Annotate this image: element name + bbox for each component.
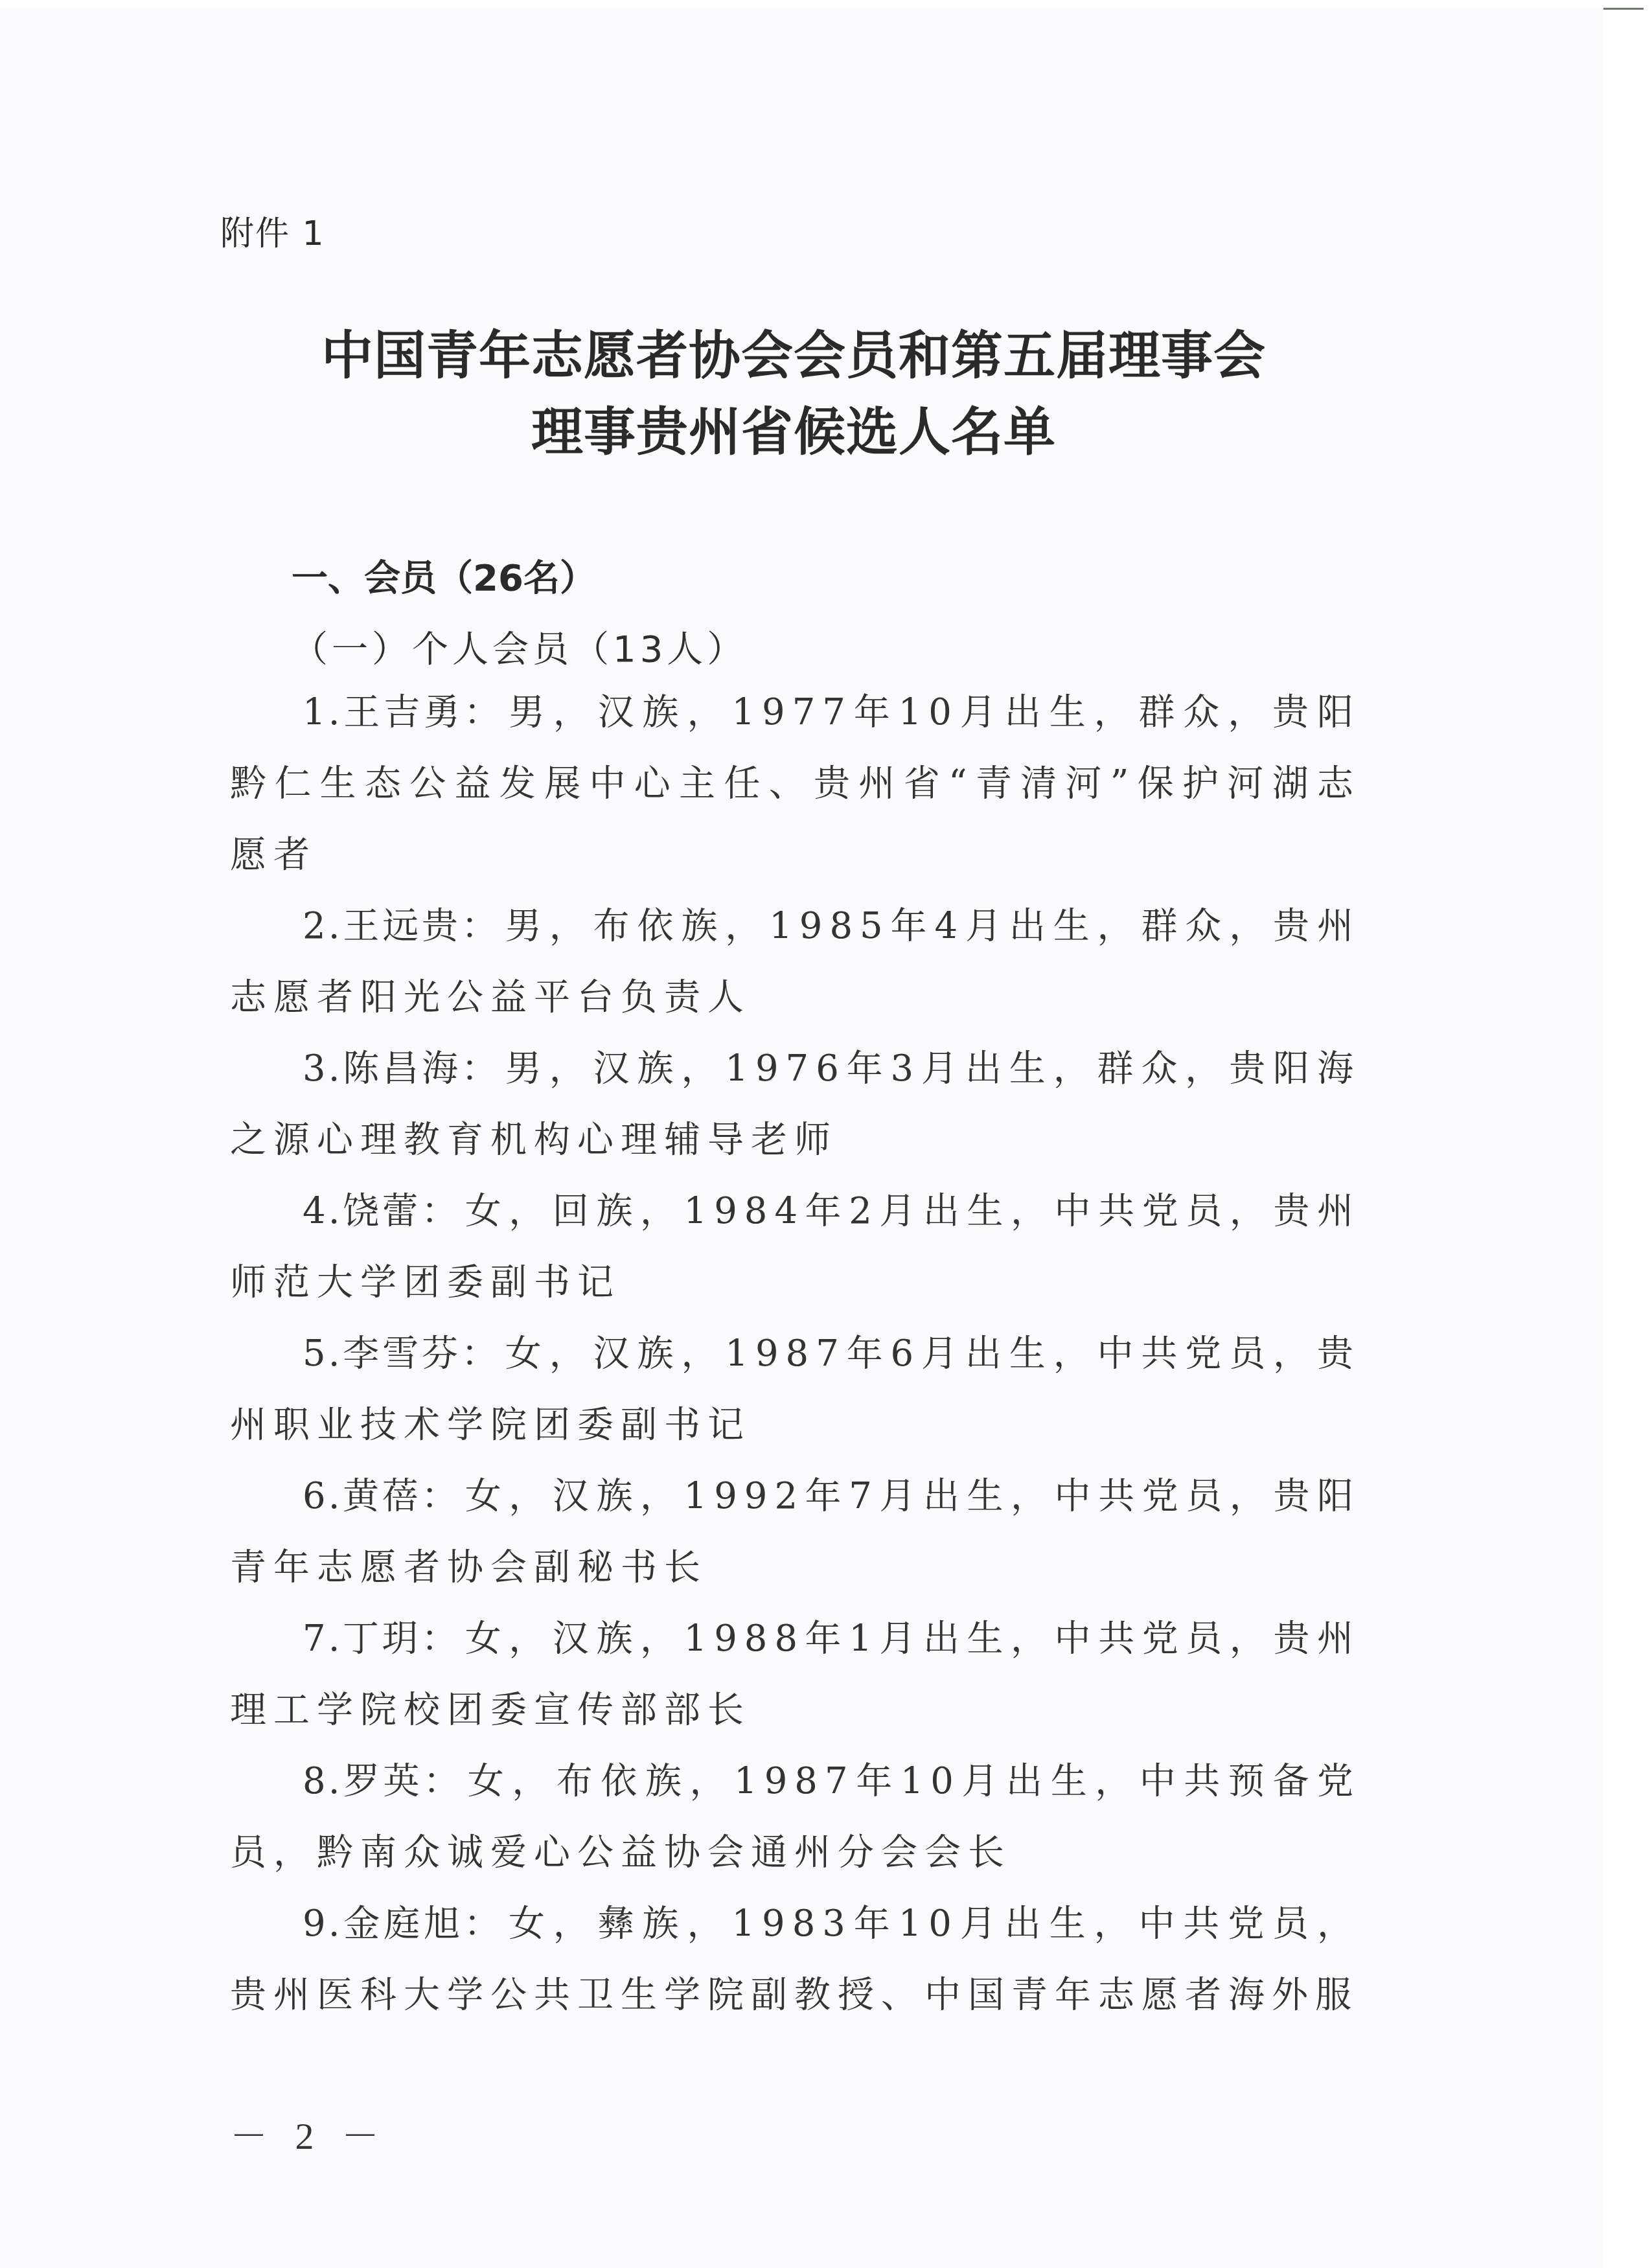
candidate-entry: 6.黄蓓：女，汉族，1992年7月出生，中共党员，贵阳青年志愿者协会副秘书长 (230, 1461, 1360, 1603)
title-line-1: 中国青年志愿者协会会员和第五届理事会 (194, 317, 1393, 394)
candidate-name: 陈昌海 (342, 1048, 461, 1090)
section-heading-members: 一、会员（26名） (292, 549, 596, 601)
entry-number: 1. (303, 691, 342, 733)
candidate-name: 王远贵 (342, 905, 461, 947)
subsection-heading-individual-members: （一）个人会员（13人） (292, 621, 747, 672)
candidate-entry: 5.李雪芬：女，汉族，1987年6月出生，中共党员，贵州职业技术学院团委副书记 (230, 1318, 1360, 1461)
attachment-label: 附件 1 (220, 206, 325, 255)
scan-border-top (0, 0, 1603, 8)
entry-number: 2. (303, 905, 342, 947)
candidate-entry: 8.罗英：女，布依族，1987年10月出生，中共预备党员，黔南众诚爱心公益协会通… (230, 1746, 1360, 1888)
entry-number: 4. (303, 1190, 342, 1232)
candidate-entry: 7.丁玥：女，汉族，1988年1月出生，中共党员，贵州理工学院校团委宣传部部长 (230, 1603, 1360, 1746)
title-line-2: 理事贵州省候选人名单 (194, 394, 1393, 470)
page-number: － 2 － (230, 2105, 388, 2160)
candidate-name: 饶蕾 (342, 1190, 421, 1232)
entry-number: 6. (303, 1475, 342, 1517)
entry-number: 9. (303, 1903, 342, 1945)
candidate-name: 罗英 (342, 1760, 423, 1802)
entry-number: 7. (303, 1618, 342, 1660)
candidate-name: 李雪芬 (342, 1333, 461, 1375)
document-title: 中国青年志愿者协会会员和第五届理事会 理事贵州省候选人名单 (194, 317, 1393, 470)
entry-number: 5. (303, 1333, 342, 1375)
candidate-name: 丁玥 (342, 1618, 421, 1660)
candidate-entry: 2.王远贵：男，布依族，1985年4月出生，群众，贵州志愿者阳光公益平台负责人 (230, 891, 1360, 1033)
entry-number: 3. (303, 1048, 342, 1090)
scan-border-right (1603, 0, 1652, 2268)
candidate-entry: 1.王吉勇：男，汉族，1977年10月出生，群众，贵阳黔仁生态公益发展中心主任、… (230, 677, 1360, 891)
scan-edge-mark (1603, 8, 1644, 10)
candidate-name: 金庭旭 (342, 1903, 464, 1945)
candidate-entry: 9.金庭旭：女，彝族，1983年10月出生，中共党员，贵州医科大学公共卫生学院副… (230, 1888, 1360, 2031)
entry-number: 8. (303, 1760, 342, 1802)
candidate-entry: 4.饶蕾：女，回族，1984年2月出生，中共党员，贵州师范大学团委副书记 (230, 1176, 1360, 1318)
candidate-name: 黄蓓 (342, 1475, 421, 1517)
candidate-name: 王吉勇 (342, 691, 464, 733)
candidate-list: 1.王吉勇：男，汉族，1977年10月出生，群众，贵阳黔仁生态公益发展中心主任、… (230, 677, 1360, 2031)
candidate-entry: 3.陈昌海：男，汉族，1976年3月出生，群众，贵阳海之源心理教育机构心理辅导老… (230, 1033, 1360, 1176)
